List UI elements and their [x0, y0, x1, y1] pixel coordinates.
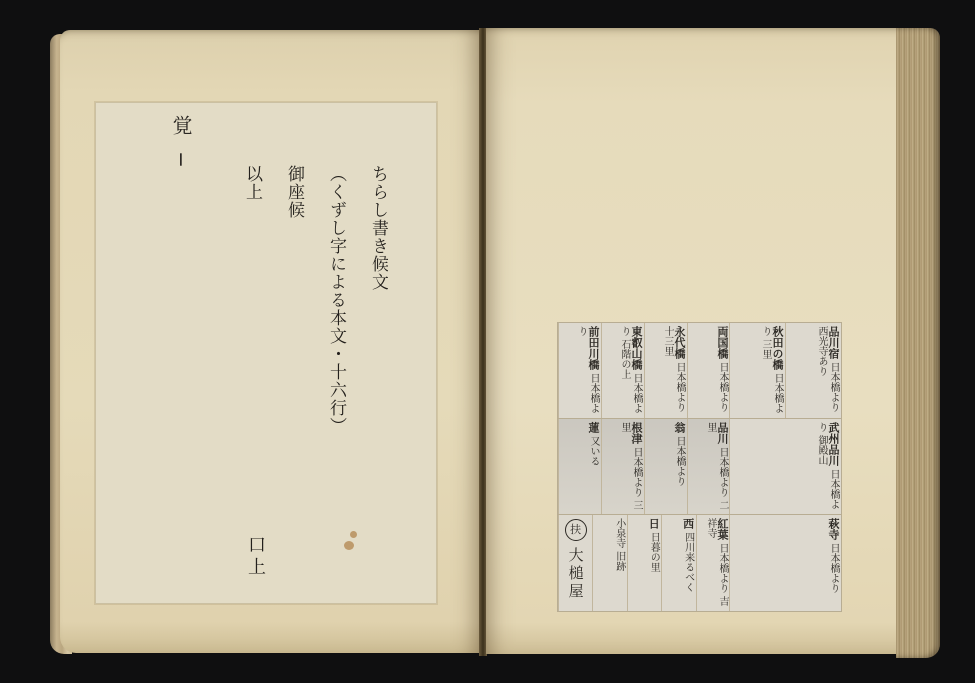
ink-stain: [350, 531, 357, 538]
open-book: 覚 ─ ちらし書き候文 （くずし字による本文・十六行） 御座候 以上 口上 両国…: [0, 0, 975, 683]
notice-row: 武州品川 日本橋より 御殿山: [729, 419, 841, 515]
notice-cell: 永代橋 日本橋より 十三里: [644, 323, 687, 418]
notice-cell: 蓮 又いる: [558, 419, 601, 514]
notice-cell: 両国橋 日本橋より: [687, 323, 730, 418]
notice-cell: 前田川橋 日本橋より: [558, 323, 601, 418]
notice-cell: 東叡山橋 日本橋より 石階の上: [601, 323, 644, 418]
notice-cell: 秋田の橋 日本橋より 三里: [729, 323, 785, 418]
pasted-letter: 覚 ─ ちらし書き候文 （くずし字による本文・十六行） 御座候 以上 口上: [95, 102, 437, 604]
notice-cell: 紅葉 日本橋より 吉祥寺: [696, 515, 730, 611]
shop-crest-icon: 扶: [565, 519, 587, 541]
notice-row: 両国橋 日本橋より 永代橋 日本橋より 十三里 東叡山橋 日本橋より 石階の上 …: [558, 323, 730, 419]
shop-mark: 扶 大槌屋: [558, 515, 592, 611]
notice-row: 萩寺 日本橋より: [729, 515, 841, 611]
notice-row: 紅葉 日本橋より 吉祥寺 西 四川来るべく 日 日暮の里 小泉寺 旧跡 扶 大槌…: [558, 515, 730, 611]
pasted-notice: 両国橋 日本橋より 永代橋 日本橋より 十三里 東叡山橋 日本橋より 石階の上 …: [557, 322, 731, 612]
notice-row: 品川 日本橋より 二里 翁 日本橋より 根津 日本橋より 三里 蓮 又いる: [558, 419, 730, 515]
letter-title: 覚 ─: [167, 115, 196, 171]
letter-signoff: 口上: [242, 535, 268, 579]
notice-cell: 武州品川 日本橋より 御殿山: [729, 419, 841, 514]
notice-cell: 小泉寺 旧跡: [592, 515, 626, 611]
notice-row: 品川宿 日本橋より 西光寺あり 秋田の橋 日本橋より 三里: [729, 323, 841, 419]
notice-cell: 日 日暮の里: [627, 515, 661, 611]
notice-cell: 根津 日本橋より 三里: [601, 419, 644, 514]
ink-stain: [344, 541, 354, 550]
notice-cell: 西 四川来るべく: [661, 515, 695, 611]
right-page-edges: [896, 28, 940, 658]
shop-name: 大槌屋: [570, 547, 582, 601]
notice-cell: 翁 日本橋より: [644, 419, 687, 514]
notice-cell: 品川宿 日本橋より 西光寺あり: [785, 323, 841, 418]
notice-cell: 萩寺 日本橋より: [729, 515, 841, 611]
pasted-notice-strip: 品川宿 日本橋より 西光寺あり 秋田の橋 日本橋より 三里 武州品川 日本橋より…: [729, 322, 842, 612]
letter-body: ちらし書き候文 （くずし字による本文・十六行） 御座候 以上: [128, 165, 388, 555]
notice-cell: 品川 日本橋より 二里: [687, 419, 730, 514]
